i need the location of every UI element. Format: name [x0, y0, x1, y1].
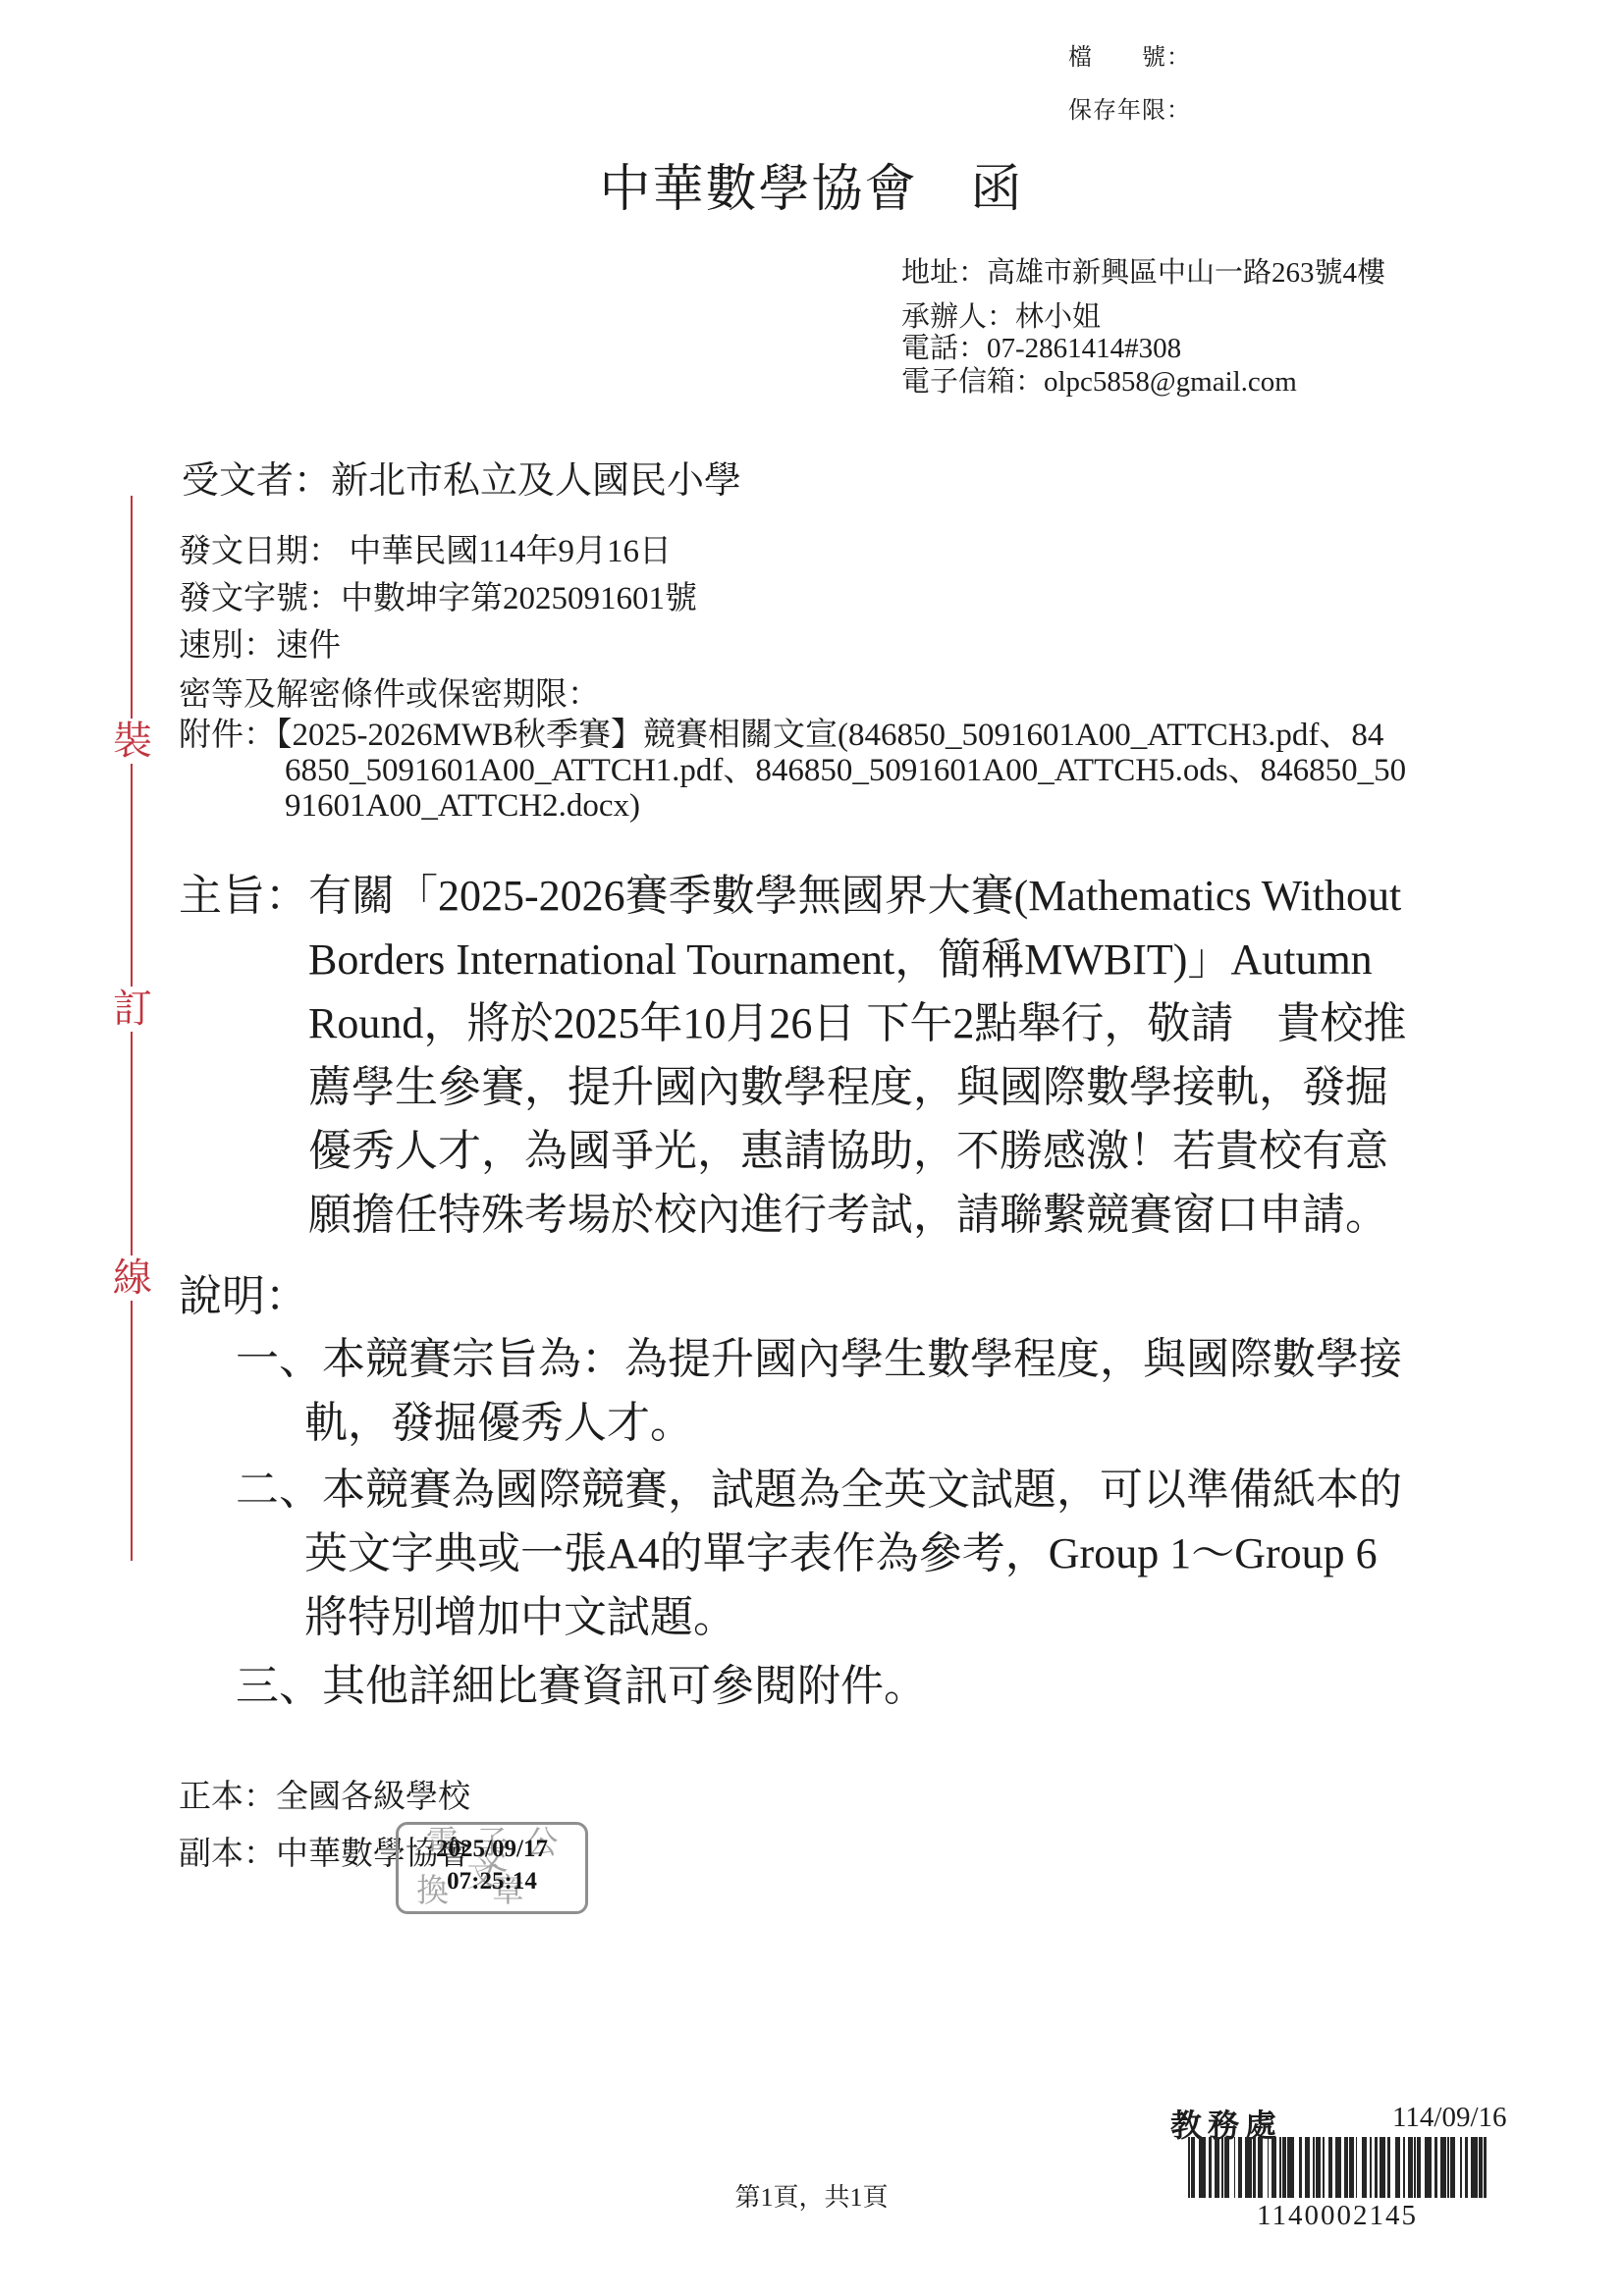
item-number: 二、 — [236, 1466, 322, 1514]
item-number: 一、 — [236, 1335, 322, 1383]
description-item-2: 二、本競賽為國際競賽，試題為全英文試題，可以準備紙本的 英文字典或一張A4的單字… — [236, 1458, 1402, 1649]
item-text: 本競賽為國際競賽，試題為全英文試題，可以準備紙本的 — [322, 1466, 1402, 1514]
subject-block: 主旨：有關「2025-2026賽季數學無國界大賽(Mathematics Wit… — [179, 864, 1406, 1247]
binding-char-zhuang: 裝 — [110, 719, 155, 764]
item-line: 將特別增加中文試題。 — [236, 1585, 1402, 1649]
item-line: 二、本競賽為國際競賽，試題為全英文試題，可以準備紙本的 — [236, 1458, 1402, 1522]
item-text: 其他詳細比賽資訊可參閱附件。 — [322, 1662, 927, 1710]
subject-label: 主旨： — [179, 872, 308, 920]
item-line: 三、其他詳細比賽資訊可參閱附件。 — [236, 1654, 927, 1718]
issue-date-line: 發文日期： 中華民國114年9月16日 — [179, 525, 672, 571]
subject-line: Borders International Tournament，簡稱MWBIT… — [179, 928, 1406, 991]
sender-address: 地址：高雄市新興區中山一路263號4樓 — [901, 250, 1385, 291]
retention-label: 保存年限： — [1068, 90, 1191, 125]
stamp-time: 07:25:14 — [399, 1865, 585, 1897]
exchange-stamp: 電子公文 交換章 2025/09/17 07:25:14 — [396, 1822, 588, 1914]
item-number: 三、 — [236, 1662, 322, 1710]
security-line: 密等及解密條件或保密期限： — [179, 668, 600, 715]
speed-line: 速別：速件 — [179, 619, 341, 666]
official-letter-page: 檔 號： 保存年限： 中華數學協會 函 地址：高雄市新興區中山一路263號4樓 … — [0, 0, 1623, 2296]
item-line: 一、本競賽宗旨為：為提升國內學生數學程度，與國際數學接 — [236, 1327, 1402, 1391]
subject-line: 願擔任特殊考場於校內進行考試，請聯繫競賽窗口申請。 — [179, 1183, 1406, 1247]
attachment-label: 附件： — [179, 718, 276, 753]
binding-char-ding: 訂 — [110, 987, 155, 1032]
attachment-block: 附件：【2025-2026MWB秋季賽】競賽相關文宣(846850_509160… — [179, 718, 1406, 824]
file-number-label: 檔 號： — [1068, 37, 1191, 72]
description-item-1: 一、本競賽宗旨為：為提升國內學生數學程度，與國際數學接 軌，發掘優秀人才。 — [236, 1327, 1402, 1455]
doc-number-line: 發文字號：中數坤字第2025091601號 — [179, 572, 697, 618]
page-title: 中華數學協會 函 — [0, 147, 1623, 221]
recipient-line: 受文者：新北市私立及人國民小學 — [182, 450, 741, 504]
received-date: 114/09/16 — [1392, 2102, 1507, 2134]
attachment-line: 91601A00_ATTCH2.docx) — [179, 788, 1406, 824]
attachment-line: 附件：【2025-2026MWB秋季賽】競賽相關文宣(846850_509160… — [179, 718, 1406, 753]
attachment-line: 6850_5091601A00_ATTCH1.pdf、846850_509160… — [179, 753, 1406, 788]
stamp-datetime: 2025/09/17 07:25:14 — [399, 1833, 585, 1897]
stamp-date: 2025/09/17 — [399, 1833, 585, 1865]
page-footer: 第1頁，共1頁 — [0, 2177, 1623, 2214]
subject-line: 薦學生參賽，提升國內數學程度，與國際數學接軌，發掘 — [179, 1055, 1406, 1119]
item-text: 本競賽宗旨為：為提升國內學生數學程度，與國際數學接 — [322, 1335, 1402, 1383]
item-line: 軌，發掘優秀人才。 — [236, 1391, 1402, 1455]
original-copy-line: 正本：全國各級學校 — [179, 1771, 470, 1817]
attachment-text: 【2025-2026MWB秋季賽】競賽相關文宣(846850_5091601A0… — [276, 718, 1383, 753]
subject-line: 優秀人才，為國爭光，惠請協助，不勝感激！若貴校有意 — [179, 1119, 1406, 1183]
binding-char-xian: 線 — [110, 1255, 155, 1301]
description-item-3: 三、其他詳細比賽資訊可參閱附件。 — [236, 1654, 927, 1718]
subject-text: 有關「2025-2026賽季數學無國界大賽(Mathematics Withou… — [308, 872, 1401, 920]
item-line: 英文字典或一張A4的單字表作為參考，Group 1～Group 6 — [236, 1522, 1402, 1585]
subject-line: 主旨：有關「2025-2026賽季數學無國界大賽(Mathematics Wit… — [179, 864, 1406, 928]
sender-email: 電子信箱：olpc5858@gmail.com — [901, 359, 1297, 400]
description-label: 說明： — [179, 1264, 308, 1328]
subject-line: Round，將於2025年10月26日 下午2點舉行，敬請 貴校推 — [179, 991, 1406, 1055]
